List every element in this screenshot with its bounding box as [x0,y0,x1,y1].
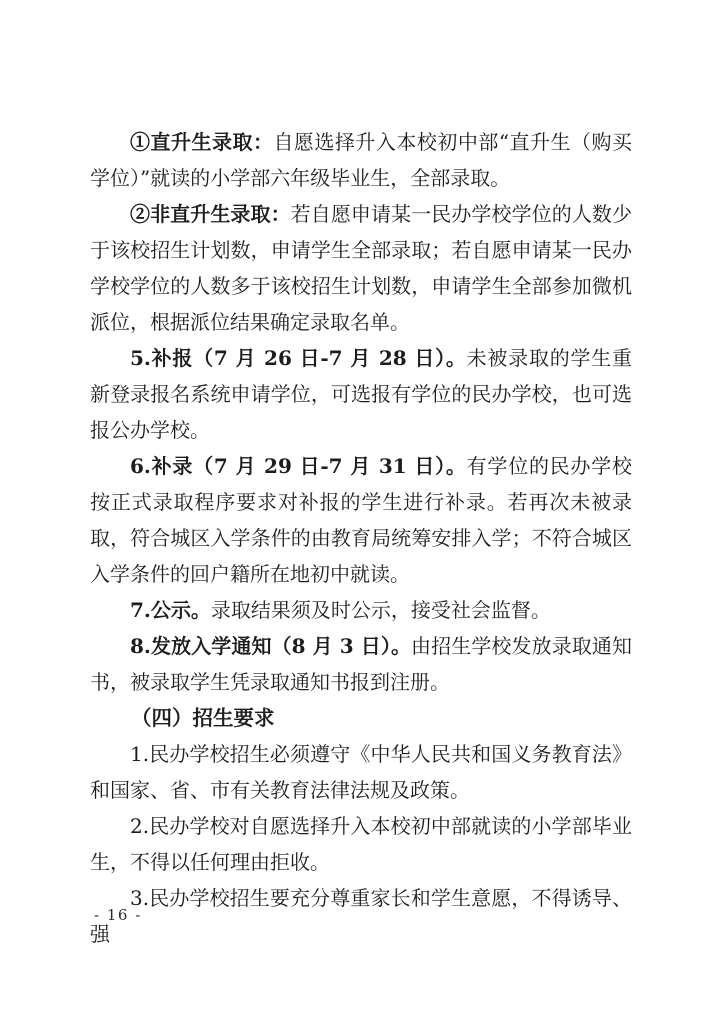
paragraph: 8.发放入学通知（8 月 3 日）。由招生学校发放录取通知书，被录取学生凭录取通… [90,628,632,700]
paragraph-text: 2.民办学校对自愿选择升入本校初中部就读的小学部毕业生，不得以任何理由拒收。 [90,814,632,874]
document-page: ①直升生录取：自愿选择升入本校初中部“直升生（购买学位）”就读的小学部六年级毕业… [0,0,720,1019]
paragraph: 5.补报（7 月 26 日-7 月 28 日）。未被录取的学生重新登录报名系统申… [90,340,632,448]
paragraph: ②非直升生录取：若自愿申请某一民办学校学位的人数少于该校招生计划数，申请学生全部… [90,196,632,340]
paragraph: 7.公示。录取结果须及时公示，接受社会监督。 [90,592,632,628]
paragraph-lead: ②非直升生录取： [130,202,291,226]
page-number: - 16 - [94,906,142,924]
paragraph: 1.民办学校招生必须遵守《中华人民共和国义务教育法》和国家、省、市有关教育法律法… [90,736,632,808]
paragraph-lead: 8.发放入学通知（8 月 3 日）。 [130,634,411,658]
paragraph: 2.民办学校对自愿选择升入本校初中部就读的小学部毕业生，不得以任何理由拒收。 [90,808,632,880]
paragraph-lead: 6.补录（7 月 29 日-7 月 31 日）。 [130,454,467,478]
paragraph-text: 3.民办学校招生要充分尊重家长和学生意愿，不得诱导、强 [90,886,632,946]
paragraph: 3.民办学校招生要充分尊重家长和学生意愿，不得诱导、强 [90,880,632,952]
section-heading: （四）招生要求 [90,700,632,736]
page-content: ①直升生录取：自愿选择升入本校初中部“直升生（购买学位）”就读的小学部六年级毕业… [90,124,632,952]
paragraph-text: 录取结果须及时公示，接受社会监督。 [211,598,551,622]
paragraph: 6.补录（7 月 29 日-7 月 31 日）。有学位的民办学校按正式录取程序要… [90,448,632,592]
paragraph-lead: ①直升生录取： [130,130,273,154]
paragraph: ①直升生录取：自愿选择升入本校初中部“直升生（购买学位）”就读的小学部六年级毕业… [90,124,632,196]
paragraph-lead: 7.公示。 [130,598,211,622]
paragraph-lead: 5.补报（7 月 26 日-7 月 28 日）。 [130,346,467,370]
paragraph-text: 1.民办学校招生必须遵守《中华人民共和国义务教育法》和国家、省、市有关教育法律法… [90,742,632,802]
